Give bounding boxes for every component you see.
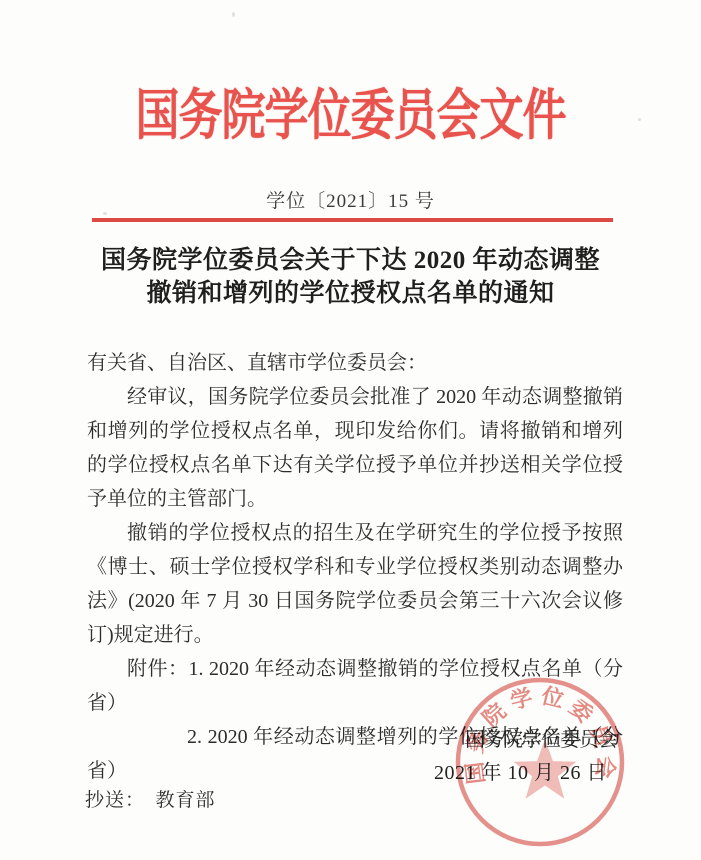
document-body: 有关省、自治区、直辖市学位委员会： 经审议，国务院学位委员会批准了 2020 年… [87,346,623,788]
scan-speck [232,12,235,17]
body-paragraph-1: 经审议，国务院学位委员会批准了 2020 年动态调整撤销和增列的学位授权点名单，… [87,380,623,516]
scan-speck [103,212,107,215]
notice-title-line1: 国务院学位委员会关于下达 2020 年动态调整 [0,244,701,277]
body-paragraph-2: 撤销的学位授权点的招生及在学研究生的学位授予按照《博士、硕士学位授权学科和专业学… [87,516,623,652]
red-divider-line [92,218,613,222]
salutation-line: 有关省、自治区、直辖市学位委员会： [87,346,623,380]
cc-line: 抄送：教育部 [85,785,215,812]
notice-title: 国务院学位委员会关于下达 2020 年动态调整 撤销和增列的学位授权点名单的通知 [0,244,701,310]
attachments-label: 附件： [127,658,189,680]
issue-date: 2021 年 10 月 26 日 [434,756,607,785]
document-masthead: 国务院学位委员会文件 [0,70,701,150]
notice-title-line2: 撤销和增列的学位授权点名单的通知 [0,277,701,310]
document-number: 学位〔2021〕15 号 [0,186,701,213]
cc-recipient: 教育部 [155,790,215,811]
official-document-page: 国务院学位委员会文件 学位〔2021〕15 号 国务院学位委员会关于下达 202… [0,0,701,860]
cc-label: 抄送： [85,790,145,811]
issuer-name: 国务院学位委员会 [465,723,617,752]
scan-speck [638,118,641,121]
attachments-line-1: 附件：1. 2020 年经动态调整撤销的学位授权点名单（分省） [87,652,623,720]
